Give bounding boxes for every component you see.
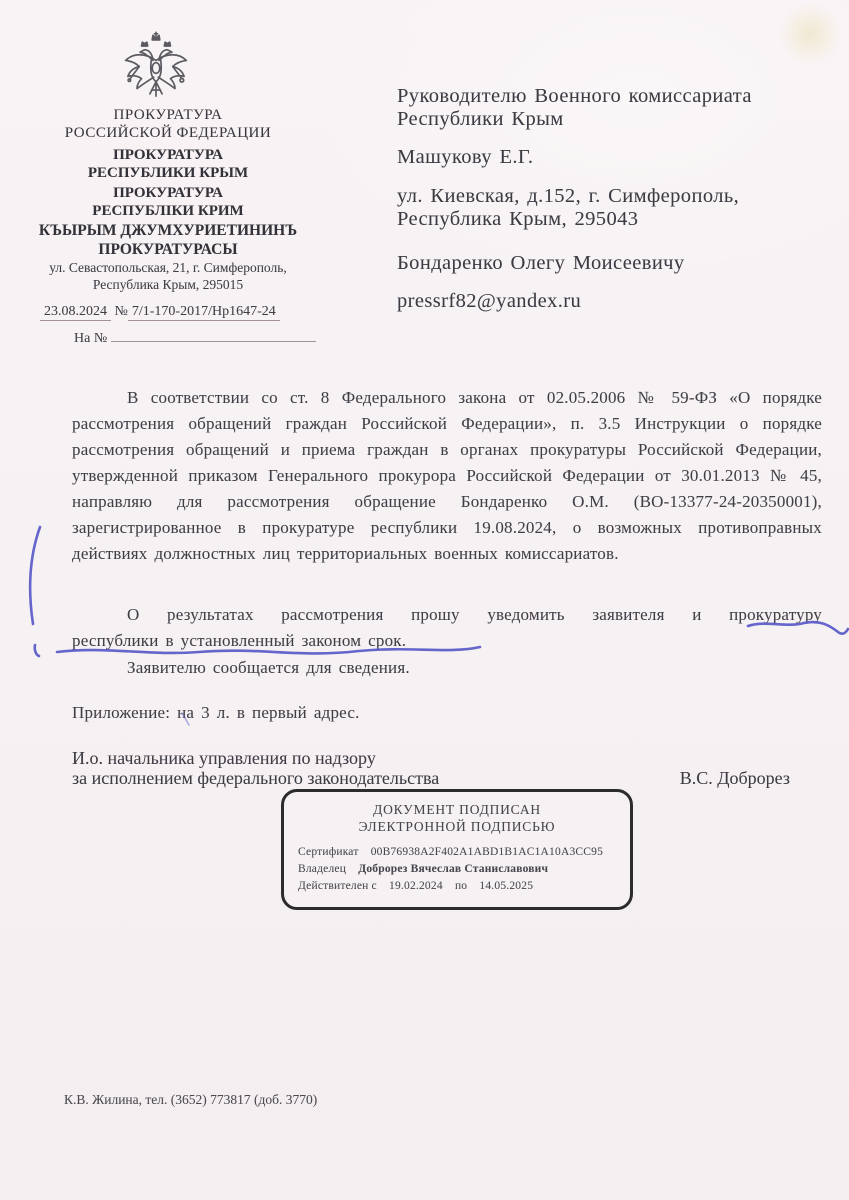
double-headed-eagle-icon [118,26,194,104]
org-name-crimea-ua-line2: РЕСПУБЛІКИ КРИМ [28,202,308,220]
stamp-owner-row: Владелец Доброрез Вячеслав Станиславович [298,861,616,878]
signer-title-line2: за исполнением федерального законодатель… [72,768,439,788]
signer-name: В.С. Доброрез [680,768,790,788]
signer-title: И.о. начальника управления по надзору за… [72,748,439,788]
stamp-owner-label: Владелец [298,863,346,875]
org-name-crimea-ru-line2: РЕСПУБЛИКИ КРЫМ [28,164,308,182]
stamp-details: Сертификат 00B76938A2F402A1ABD1B1AC1A10A… [298,844,616,895]
stamp-valid-to: 14.05.2025 [479,880,533,892]
org-name-federation: ПРОКУРАТУРА РОССИЙСКОЙ ФЕДЕРАЦИИ [28,106,308,142]
body-paragraph-2-line1: О результатах рассмотрения прошу уведоми… [72,602,822,628]
reply-reference-label: На № [74,331,107,346]
stamp-certificate-label: Сертификат [298,846,359,858]
recipient-address: ул. Киевская, д.152, г. Симферополь, Рес… [397,185,837,231]
org-name-crimea-tatar-line2: ПРОКУРАТУРАСЫ [28,240,308,259]
body-paragraph-2-line2: республики в установленный законом срок. [72,628,822,654]
recipient-address-line2: Республика Крым, 295043 [397,208,837,231]
body-paragraph-1: В соответствии со ст. 8 Федерального зак… [72,385,822,567]
org-name-federation-line1: ПРОКУРАТУРА [28,106,308,124]
stamp-title: ДОКУМЕНТ ПОДПИСАН ЭЛЕКТРОННОЙ ПОДПИСЬЮ [298,801,616,835]
stamp-owner-value: Доброрез Вячеслав Станиславович [358,863,548,875]
executor-contact-line: К.В. Жилина, тел. (3652) 773817 (доб. 37… [64,1092,317,1108]
org-name-crimea-tatar-line1: КЪЫРЫМ ДЖУМХУРИЕТИНИНЪ [28,221,308,240]
scan-smudge-artifact [778,2,842,66]
recipient-name: Машукову Е.Г. [397,146,837,169]
stamp-valid-to-label: по [455,880,467,892]
body-paragraph-3: Заявителю сообщается для сведения. [72,655,822,681]
electronic-signature-stamp: ДОКУМЕНТ ПОДПИСАН ЭЛЕКТРОННОЙ ПОДПИСЬЮ С… [281,789,633,910]
signer-title-line1: И.о. начальника управления по надзору [72,748,439,768]
stamp-valid-from: 19.02.2024 [389,880,443,892]
attachment-line: Приложение: на 3 л. в первый адрес. [72,700,822,726]
recipient-block: Руководителю Военного комиссариата Респу… [397,85,837,313]
letter-date: 23.08.2024 [40,304,111,321]
sender-address: ул. Севастопольская, 21, г. Симферополь,… [28,259,308,293]
org-name-crimea-ua: ПРОКУРАТУРА РЕСПУБЛІКИ КРИМ [28,184,308,220]
recipient-address-line1: ул. Киевская, д.152, г. Симферополь, [397,185,837,208]
pen-margin-vertical-line [24,524,50,630]
stamp-title-line1: ДОКУМЕНТ ПОДПИСАН [298,801,616,818]
org-name-crimea-ru: ПРОКУРАТУРА РЕСПУБЛИКИ КРЫМ [28,146,308,182]
reply-reference-line: На № [28,330,354,348]
org-name-crimea-tatar: КЪЫРЫМ ДЖУМХУРИЕТИНИНЪ ПРОКУРАТУРАСЫ [28,221,308,259]
org-name-crimea-ua-line1: ПРОКУРАТУРА [28,184,308,202]
stamp-title-line2: ЭЛЕКТРОННОЙ ПОДПИСЬЮ [298,818,616,835]
org-name-federation-line2: РОССИЙСКОЙ ФЕДЕРАЦИИ [28,124,308,142]
stamp-certificate-row: Сертификат 00B76938A2F402A1ABD1B1AC1A10A… [298,844,616,861]
signature-row: И.о. начальника управления по надзору за… [72,748,790,788]
second-addressee-name: Бондаренко Олегу Моисеевичу [397,252,837,275]
stamp-certificate-value: 00B76938A2F402A1ABD1B1AC1A10A3CC95 [371,846,603,858]
stamp-validity-row: Действителен с 19.02.2024 по 14.05.2025 [298,878,616,895]
outgoing-reference-line: 23.08.2024 №7/1-170-2017/Нр1647-24 [28,303,320,321]
letter-number: 7/1-170-2017/Нр1647-24 [128,304,280,321]
sender-address-line2: Республика Крым, 295015 [28,276,308,293]
scanned-letter-page: ПРОКУРАТУРА РОССИЙСКОЙ ФЕДЕРАЦИИ ПРОКУРА… [0,0,849,1200]
recipient-email: pressrf82@yandex.ru [397,290,837,313]
recipient-org-line2: Республики Крым [397,108,837,131]
pen-small-tick [30,642,44,660]
number-sign: № [115,304,128,319]
recipient-org: Руководителю Военного комиссариата Респу… [397,85,837,131]
stamp-validity-label: Действителен с [298,880,377,892]
recipient-org-line1: Руководителю Военного комиссариата [397,85,837,108]
body-paragraph-2: О результатах рассмотрения прошу уведоми… [72,602,822,654]
reply-reference-blank-line [111,341,316,342]
org-name-crimea-ru-line1: ПРОКУРАТУРА [28,146,308,164]
sender-address-line1: ул. Севастопольская, 21, г. Симферополь, [28,259,308,276]
